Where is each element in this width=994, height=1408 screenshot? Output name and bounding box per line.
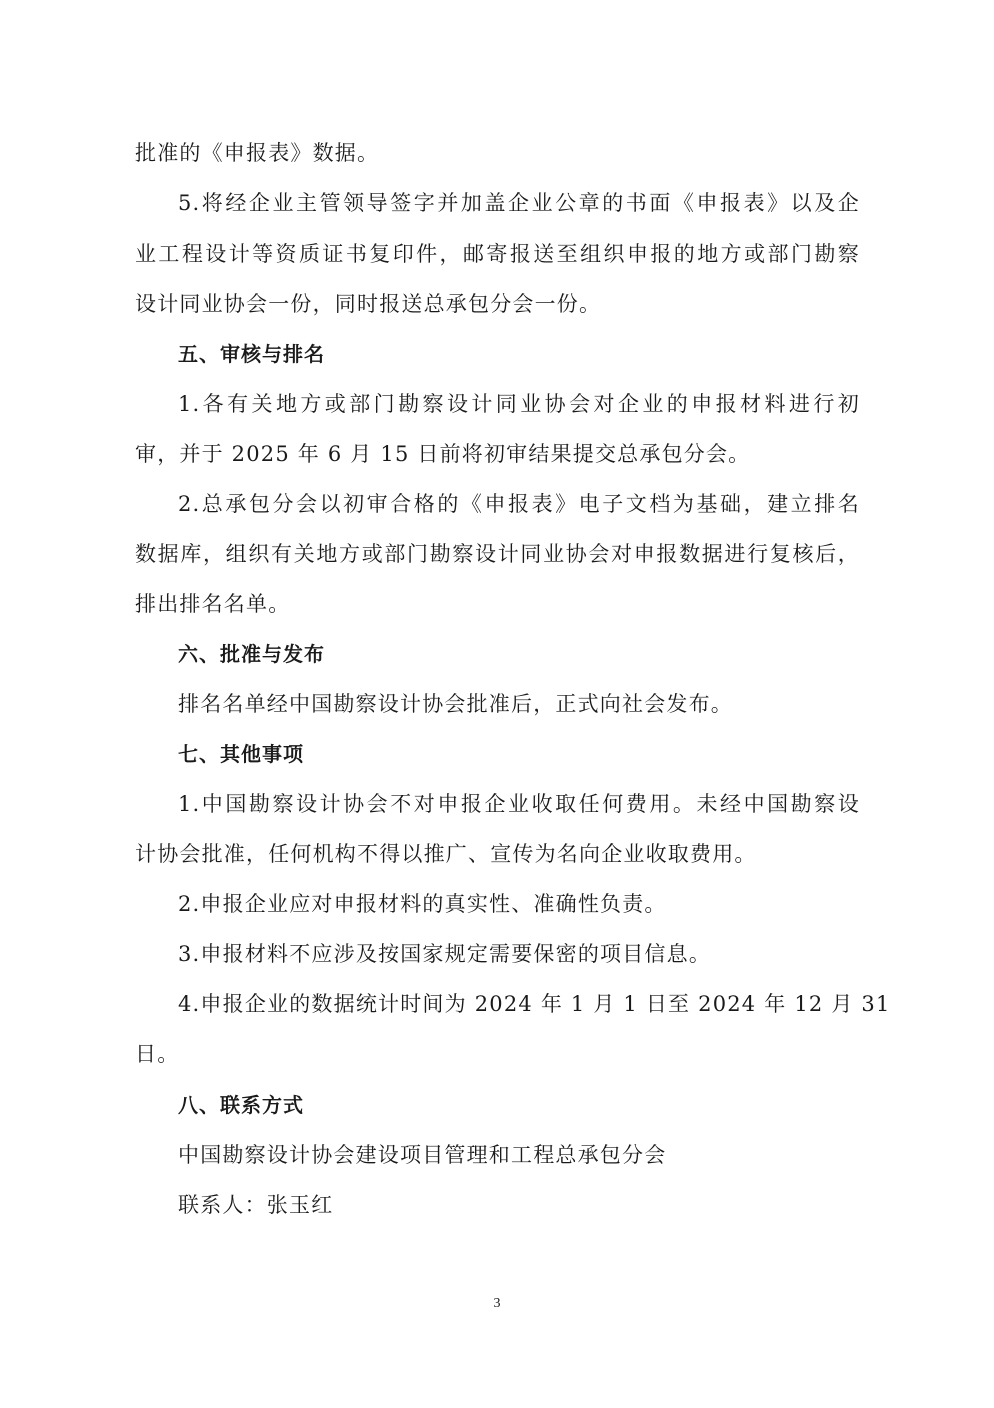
section-heading: 八、联系方式 <box>178 1090 860 1120</box>
text-line: 数据库，组织有关地方或部门勘察设计同业协会对申报数据进行复核后， <box>135 539 860 569</box>
section-heading: 六、批准与发布 <box>178 639 860 669</box>
text-line: 排出排名名单。 <box>135 589 860 619</box>
text-line: 计协会批准，任何机构不得以推广、宣传为名向企业收取费用。 <box>135 839 860 869</box>
text-line: 4.申报企业的数据统计时间为 2024 年 1 月 1 日至 2024 年 12… <box>178 989 860 1019</box>
text-line: 日。 <box>135 1039 860 1069</box>
text-line: 审，并于 2025 年 6 月 15 日前将初审结果提交总承包分会。 <box>135 439 860 469</box>
text-line: 批准的《申报表》数据。 <box>135 138 860 168</box>
text-line: 5.将经企业主管领导签字并加盖企业公章的书面《申报表》以及企 <box>178 188 860 218</box>
text-line: 联系人：张玉红 <box>178 1190 860 1220</box>
text-line: 业工程设计等资质证书复印件，邮寄报送至组织申报的地方或部门勘察 <box>135 239 860 269</box>
text-line: 1.中国勘察设计协会不对申报企业收取任何费用。未经中国勘察设 <box>178 789 860 819</box>
section-heading: 七、其他事项 <box>178 739 860 769</box>
text-line: 2.总承包分会以初审合格的《申报表》电子文档为基础，建立排名 <box>178 489 860 519</box>
text-line: 设计同业协会一份，同时报送总承包分会一份。 <box>135 289 860 319</box>
text-line: 排名名单经中国勘察设计协会批准后，正式向社会发布。 <box>178 689 860 719</box>
text-line: 2.申报企业应对申报材料的真实性、准确性负责。 <box>178 889 860 919</box>
page-number: 3 <box>0 1296 994 1312</box>
text-line: 1.各有关地方或部门勘察设计同业协会对企业的申报材料进行初 <box>178 389 860 419</box>
text-line: 中国勘察设计协会建设项目管理和工程总承包分会 <box>178 1140 860 1170</box>
section-heading: 五、审核与排名 <box>178 339 860 369</box>
text-line: 3.申报材料不应涉及按国家规定需要保密的项目信息。 <box>178 939 860 969</box>
